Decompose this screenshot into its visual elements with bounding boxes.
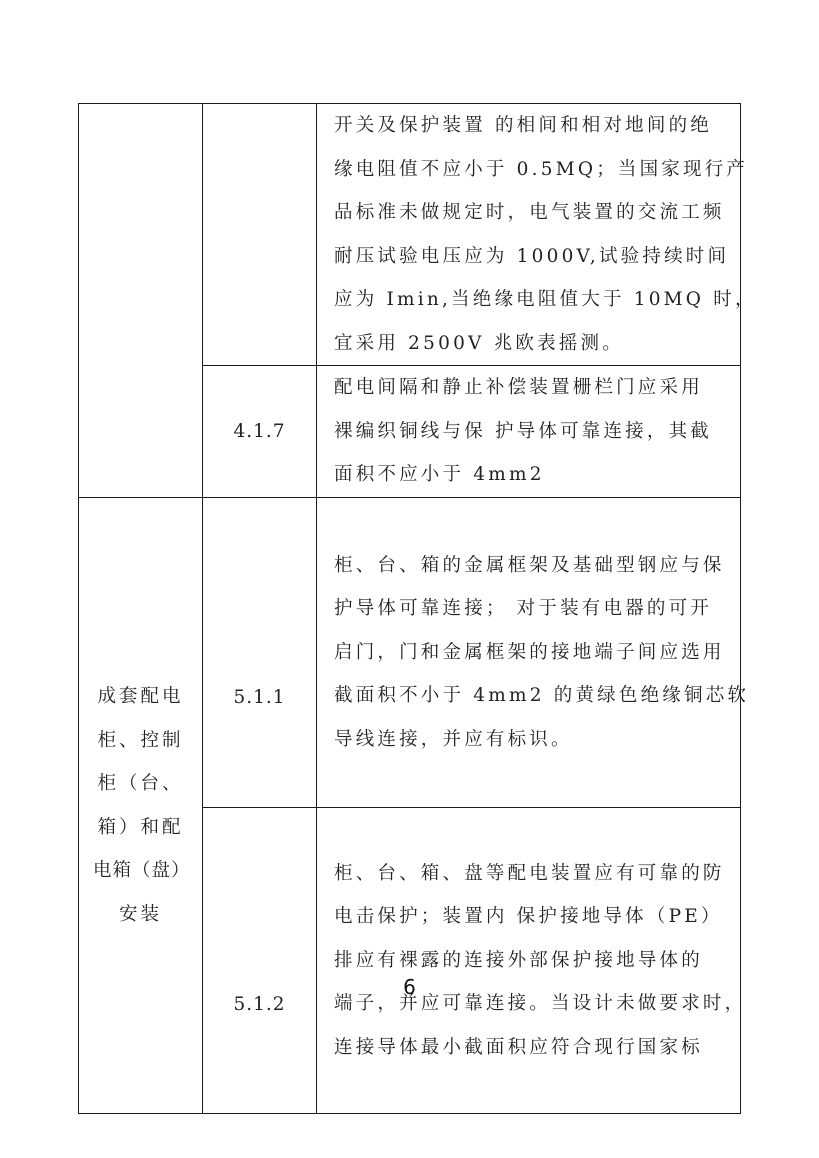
table-row: 成套配电 柜、控制 柜（台、 箱）和配 电箱（盘） 安装 5.1.1 柜、台、箱… [79,498,741,808]
clause-text-cell: 柜、台、箱、盘等配电装置应有可靠的防 电击保护；装置内 保护接地导体（PE） 排… [317,808,741,1114]
document-page: 开关及保护装置 的相间和相对地间的绝 缘电阻值不应小于 0.5MQ；当国家现行产… [0,0,819,1158]
table-row: 开关及保护装置 的相间和相对地间的绝 缘电阻值不应小于 0.5MQ；当国家现行产… [79,104,741,366]
category-cell: 成套配电 柜、控制 柜（台、 箱）和配 电箱（盘） 安装 [79,498,203,1114]
text-line: 柜、台、箱、盘等配电装置应有可靠的防 [334,852,730,896]
text-line: 应为 Imin,当绝缘电阻值大于 10MQ 时， [334,278,730,322]
category-line: 电箱（盘） [93,849,188,893]
text-line: 缘电阻值不应小于 0.5MQ；当国家现行产 [334,148,730,192]
text-line: 配电间隔和静止补偿装置栅栏门应采用 [334,366,730,410]
category-line: 柜（台、 [93,762,188,806]
text-line: 导线连接，并应有标识。 [334,718,730,762]
clause-text-cell: 配电间隔和静止补偿装置栅栏门应采用 裸编织铜线与保 护导体可靠连接，其截 面积不… [317,366,741,498]
text-line: 电击保护；装置内 保护接地导体（PE） [334,895,730,939]
text-line: 截面积不小于 4mm2 的黄绿色绝缘铜芯软 [334,674,730,718]
clause-code-cell: 4.1.7 [203,366,317,498]
text-line: 护导体可靠连接； 对于装有电器的可开 [334,587,730,631]
text-line: 连接导体最小截面积应符合现行国家标 [334,1026,730,1070]
clause-text-cell: 开关及保护装置 的相间和相对地间的绝 缘电阻值不应小于 0.5MQ；当国家现行产… [317,104,741,366]
category-line: 成套配电 [93,675,188,719]
text-line: 宜采用 2500V 兆欧表摇测。 [334,322,730,366]
text-line: 启门，门和金属框架的接地端子间应选用 [334,631,730,675]
text-line: 柜、台、箱的金属框架及基础型钢应与保 [334,544,730,588]
text-line: 开关及保护装置 的相间和相对地间的绝 [334,104,730,148]
page-number: 6 [0,975,819,999]
clause-code-cell: 5.1.1 [203,498,317,808]
text-line: 耐压试验电压应为 1000V,试验持续时间 [334,235,730,279]
clause-code-cell [203,104,317,366]
category-line: 安装 [93,893,188,937]
clause-text-cell: 柜、台、箱的金属框架及基础型钢应与保 护导体可靠连接； 对于装有电器的可开 启门… [317,498,741,808]
text-line: 面积不应小于 4mm2 [334,453,730,497]
text-line: 裸编织铜线与保 护导体可靠连接，其截 [334,410,730,454]
text-line: 品标准未做规定时，电气装置的交流工频 [334,191,730,235]
category-cell-empty [79,104,203,498]
category-line: 箱）和配 [93,806,188,850]
clause-code-cell: 5.1.2 [203,808,317,1114]
category-line: 柜、控制 [93,719,188,763]
specification-table: 开关及保护装置 的相间和相对地间的绝 缘电阻值不应小于 0.5MQ；当国家现行产… [78,103,741,1114]
